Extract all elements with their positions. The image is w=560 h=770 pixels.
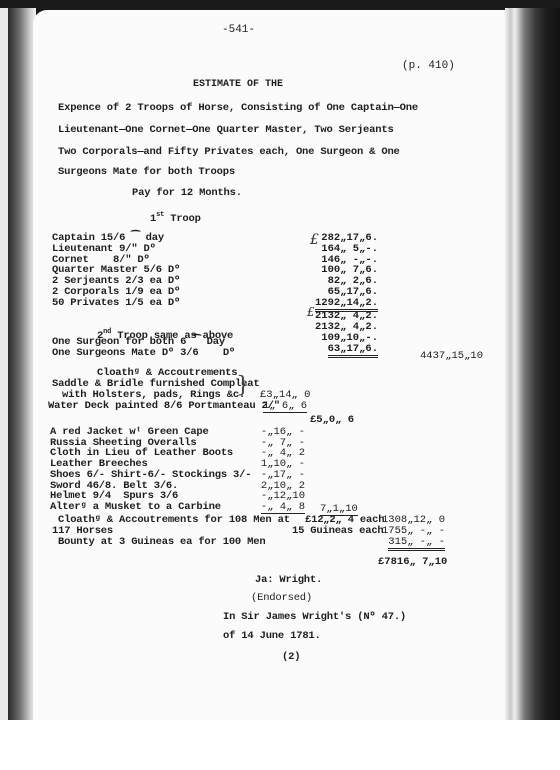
intro-line: Expence of 2 Troops of Horse, Consisting… [58,102,418,114]
endorsement-line: In Sir James Wright's (Nº 47.) [223,611,406,623]
intro-line: Lieutenant—One Cornet—One Quarter Master… [58,124,394,136]
summary-amount: 315„ -„ - [388,536,445,551]
water-deck-line: Water Deck painted 8/6 Portmanteau 2/" [48,400,280,412]
page-reference: (p. 410) [402,60,455,72]
cloathing-item-label: Alterᵍ a Musket to a Carbine [50,501,221,513]
pound-sign-icon: £ [310,232,319,248]
grand-total: £7816„ 7„10 [378,556,447,568]
intro-line: Two Corporals—and Fifty Privates each, O… [58,146,400,158]
page-number-bottom: (2) [282,651,300,663]
scan-right-shadow [505,8,560,720]
cloathing-group-total: £5„0„ 6 [310,414,354,426]
summary-rate: 15 Guineas each [292,525,384,537]
document-heading: ESTIMATE OF THE [193,79,283,91]
signature: Ja: Wright. [255,574,322,586]
page-number-top: -541- [222,24,255,36]
endorsement-date: of 14 June 1781. [223,630,321,642]
scan-left-shadow [8,8,36,720]
pound-sign-icon: £ [307,305,315,319]
troop-amount: 63„17„6. [328,343,378,358]
first-troop-title: 1st Troop [150,209,201,225]
intro-line: Surgeons Mate for both Troops [58,166,235,178]
water-deck-amount: 1„ 6„ 6 [263,400,307,413]
cloathing-item-amount: -„ 4„ 8 [261,501,305,514]
brace-icon: } [236,373,250,398]
troops-subtotal: 4437„15„10 [420,350,483,362]
pay-item-label: 50 Privates 1/5 ea Dº [52,297,180,309]
endorsed-label: (Endorsed) [251,592,312,604]
surgeons-mate-line: One Surgeons Mate Dº 3/6 Dº [52,347,235,359]
pay-period: Pay for 12 Months. [132,187,242,199]
summary-label: Bounty at 3 Guineas ea for 100 Men [58,536,265,548]
